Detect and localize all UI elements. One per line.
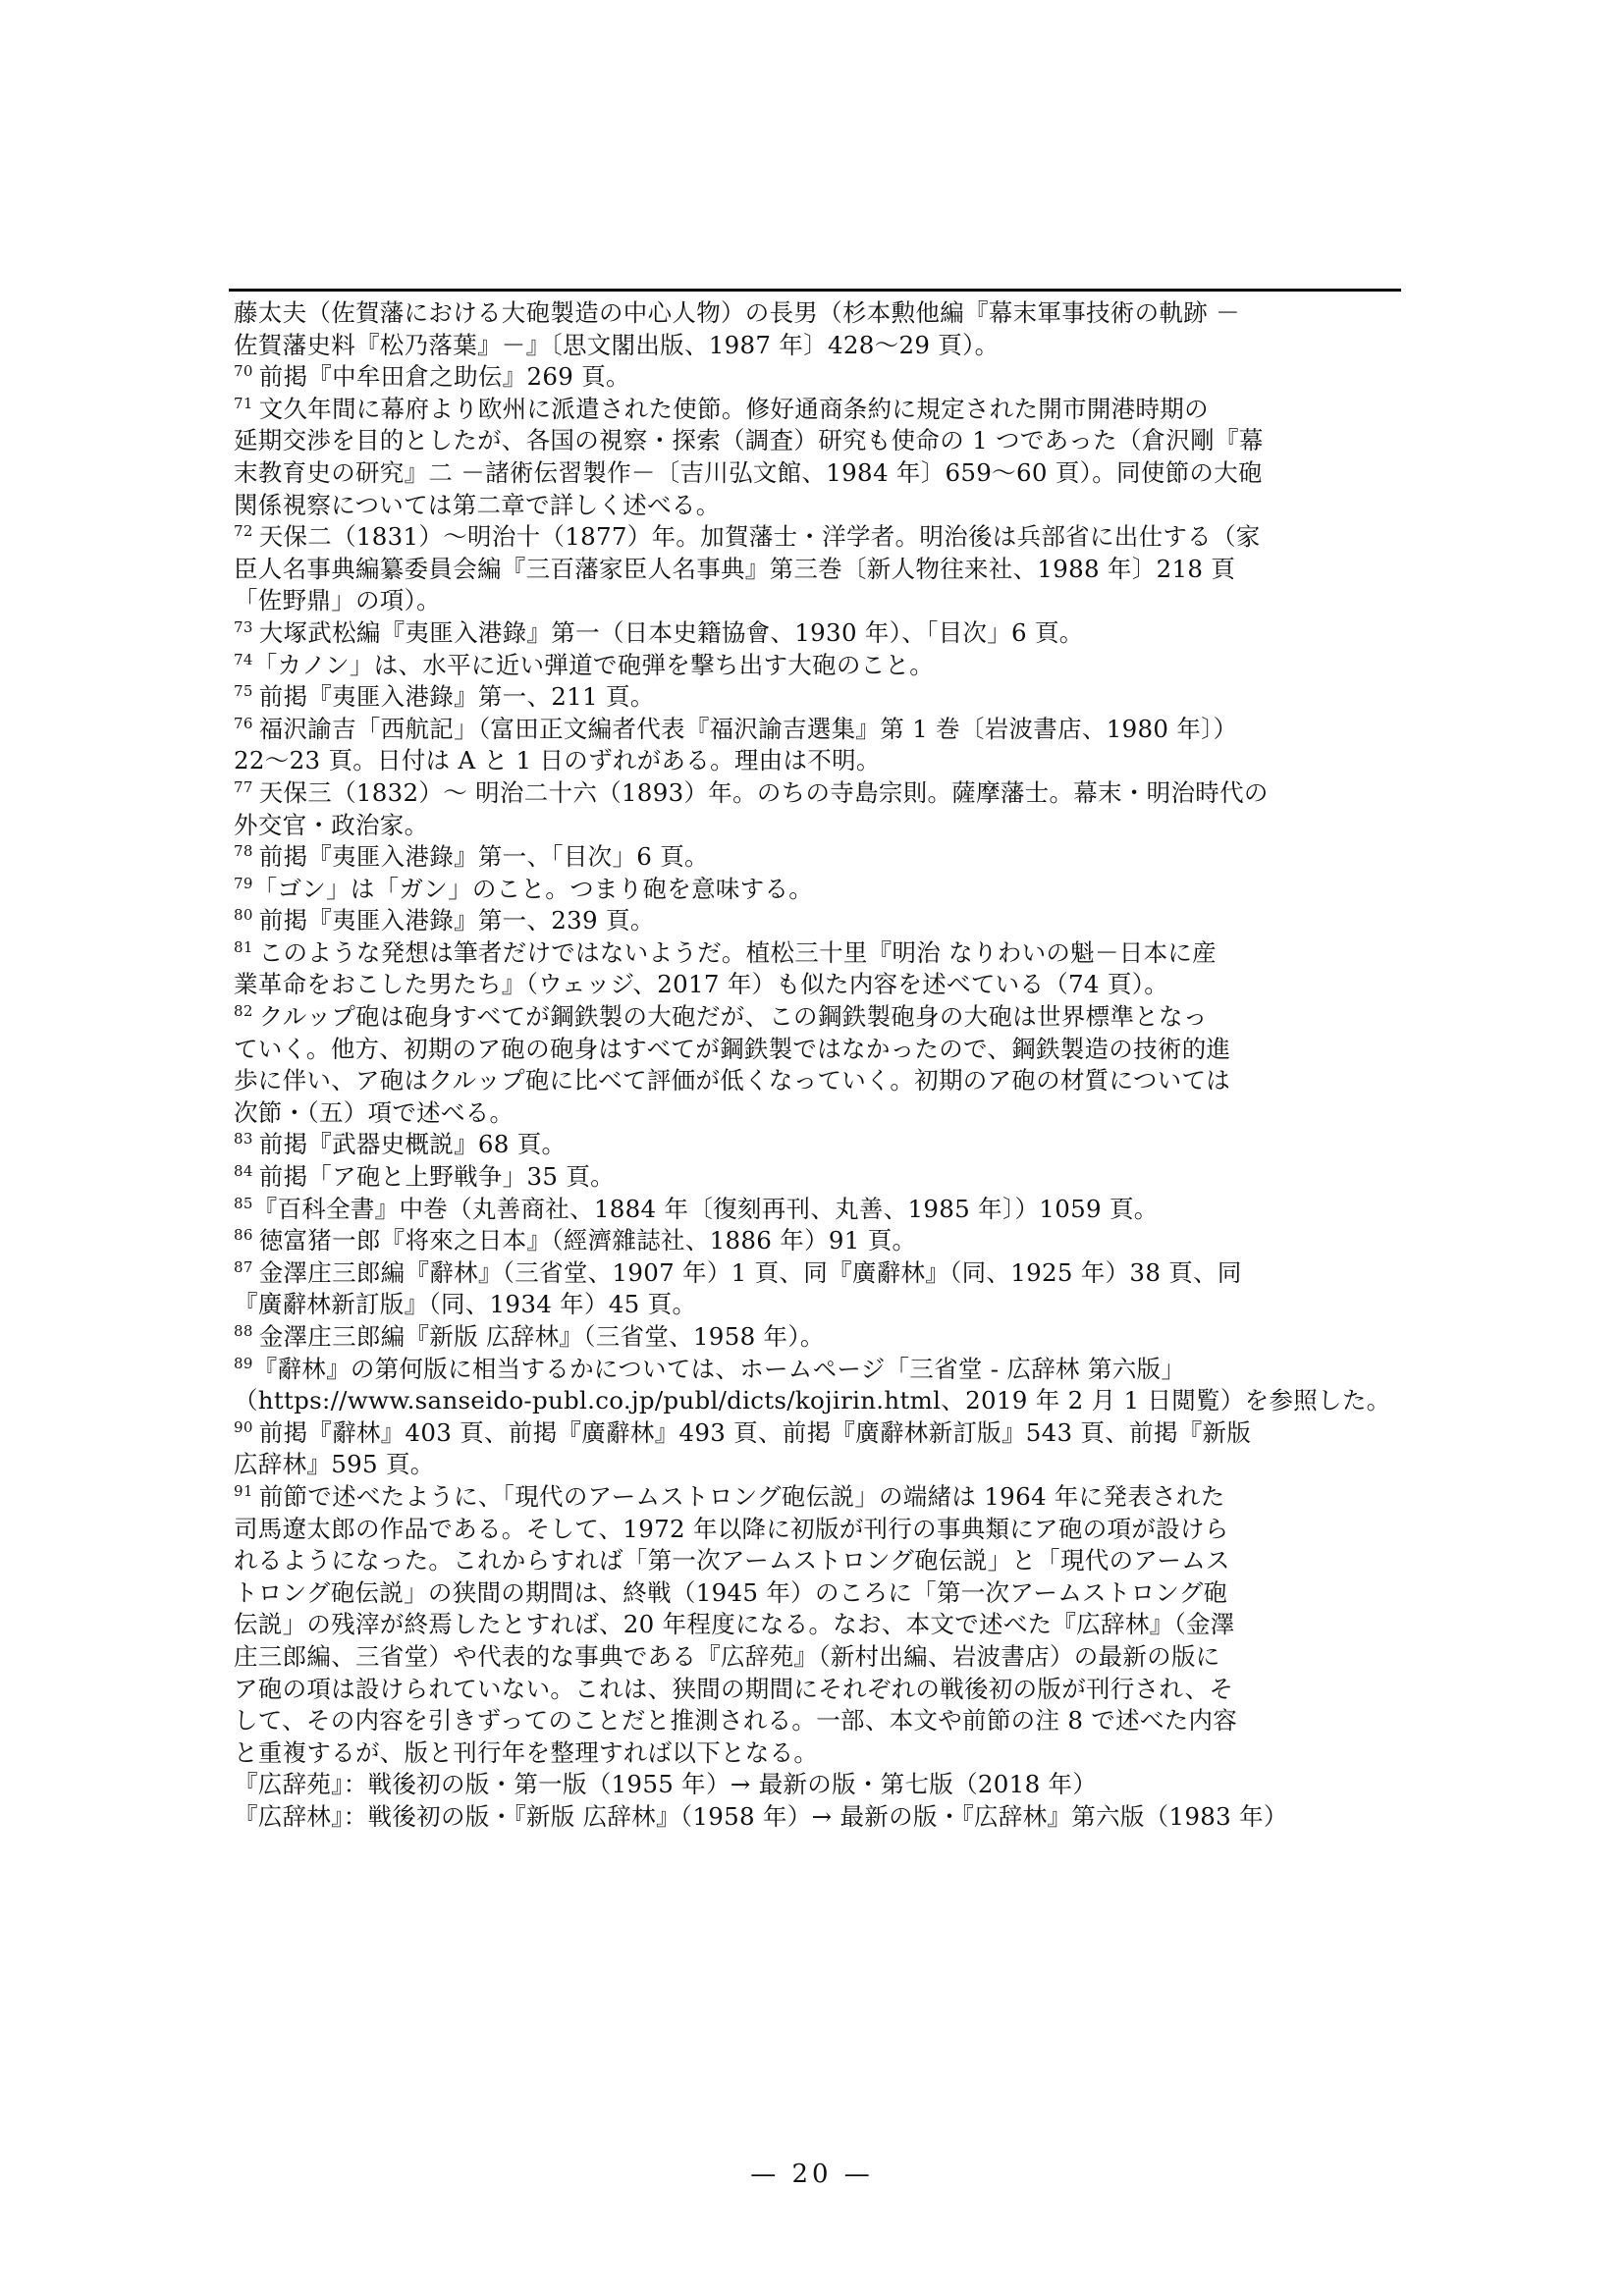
footnote-text: 佐賀藩史料『松乃落葉』－』〔思文閣出版、1987 年〕428～29 頁）。 <box>234 331 999 359</box>
footnote-text: 業革命をおこした男たち』（ウェッジ、2017 年）も似た内容を述べている（74 … <box>234 970 1168 998</box>
footnote-line-start: 90前掲『辭林』403 頁、前掲『廣辭林』493 頁、前掲『廣辭林新訂版』543… <box>234 1417 1406 1450</box>
footnote-text: （https://www.sanseido-publ.co.jp/publ/di… <box>234 1386 1390 1415</box>
footnote-number: 83 <box>234 1130 253 1148</box>
footnote-text: 末教育史の研究』二 －諸術伝習製作－〔吉川弘文館、1984 年〕659～60 頁… <box>234 458 1263 487</box>
footnote-line-continuation: 「佐野鼎」の項）。 <box>234 585 1406 617</box>
footnote-text: 徳富猪一郎『将來之日本』（經濟雜誌社、1886 年）91 頁。 <box>259 1226 917 1255</box>
footnote-text: 前掲「ア砲と上野戦争」35 頁。 <box>259 1162 615 1191</box>
footnote-text: 次節・（五）項で述べる。 <box>234 1098 514 1127</box>
footnote-line-continuation: 伝説」の残滓が終焉したとすれば、20 年程度になる。なお、本文で述べた『広辞林』… <box>234 1609 1406 1641</box>
footnote-text: 大塚武松編『夷匪入港錄』第一（日本史籍協會、1930 年）、「目次」6 頁。 <box>259 618 1084 647</box>
footnote-number: 77 <box>234 778 253 796</box>
footnote-text: 前節で述べたように、「現代のアームストロング砲伝説」の端緒は 1964 年に発表… <box>259 1482 1225 1511</box>
footnote-line-start: 73大塚武松編『夷匪入港錄』第一（日本史籍協會、1930 年）、「目次」6 頁。 <box>234 617 1406 650</box>
footnote-line-continuation: して、その内容を引きずってのことだと推測される。一部、本文や前節の注 8 で述べ… <box>234 1705 1406 1737</box>
footnote-line-continuation: 外交官・政治家。 <box>234 810 1406 842</box>
footnote-text: 前掲『武器史概説』68 頁。 <box>259 1130 567 1158</box>
footnote-line-start: 72天保二（1831）～明治十（1877）年。加賀藩士・洋学者。明治後は兵部省に… <box>234 521 1406 554</box>
footnote-number: 78 <box>234 842 253 860</box>
footnote-number: 73 <box>234 618 253 636</box>
footnote-line-continuation: と重複するが、版と刊行年を整理すれば以下となる。 <box>234 1737 1406 1770</box>
footnote-line-start: 84前掲「ア砲と上野戦争」35 頁。 <box>234 1161 1406 1194</box>
footnote-text: 前掲『夷匪入港錄』第一、「目次」6 頁。 <box>259 842 709 871</box>
footnote-text: 『百科全書』中巻（丸善商社、1884 年〔復刻再刊、丸善、1985 年〕）105… <box>253 1195 1159 1223</box>
footnote-number: 84 <box>234 1162 253 1180</box>
footnote-line-start: 71文久年間に幕府より欧州に派遣された使節。修好通商条約に規定された開市開港時期… <box>234 394 1406 426</box>
footnote-text: 前掲『辭林』403 頁、前掲『廣辭林』493 頁、前掲『廣辭林新訂版』543 頁… <box>259 1418 1251 1447</box>
footnote-text: 「カノン」は、水平に近い弾道で砲弾を撃ち出す大砲のこと。 <box>253 651 934 679</box>
footnote-line-start: 78前掲『夷匪入港錄』第一、「目次」6 頁。 <box>234 841 1406 874</box>
footnote-number: 76 <box>234 715 253 732</box>
footnote-text: ア砲の項は設けられていない。これは、狭間の期間にそれぞれの戦後初の版が刊行され、… <box>234 1675 1233 1703</box>
footnote-text: 『広辞林』：戦後初の版・『新版 広辞林』（1958 年）→ 最新の版・『広辞林』… <box>234 1802 1288 1831</box>
footnote-line-continuation: れるようになった。これからすれば「第一次アームストロング砲伝説」と「現代のアーム… <box>234 1545 1406 1577</box>
footnote-line-start: 76福沢諭吉「西航記」（富田正文編者代表『福沢諭吉選集』第 1 巻〔岩波書店、1… <box>234 714 1406 746</box>
footnotes-block: 藤太夫（佐賀藩における大砲製造の中心人物）の長男（杉本勲他編『幕末軍事技術の軌跡… <box>234 297 1406 1834</box>
footnote-line-continuation: 佐賀藩史料『松乃落葉』－』〔思文閣出版、1987 年〕428～29 頁）。 <box>234 330 1406 362</box>
footnote-line-continuation: 『広辞林』：戦後初の版・『新版 広辞林』（1958 年）→ 最新の版・『広辞林』… <box>234 1801 1406 1834</box>
footnote-text: 外交官・政治家。 <box>234 811 428 839</box>
footnote-text: 前掲『中牟田倉之助伝』269 頁。 <box>259 362 630 391</box>
footnote-text: 司馬遼太郎の作品である。そして、1972 年以降に初版が刊行の事典類にア砲の項が… <box>234 1515 1229 1543</box>
footnote-number: 81 <box>234 938 253 956</box>
footnote-text: トロング砲伝説」の狭間の期間は、終戦（1945 年）のころに「第一次アームストロ… <box>234 1578 1227 1607</box>
footnote-line-start: 81このような発想は筆者だけではないようだ。植松三十里『明治 なりわいの魁－日本… <box>234 937 1406 970</box>
footnote-text: 歩に伴い、ア砲はクルップ砲に比べて評価が低くなっていく。初期のア砲の材質について… <box>234 1066 1230 1095</box>
footnote-text: 臣人名事典編纂委員会編『三百藩家臣人名事典』第三巻〔新人物往来社、1988 年〕… <box>234 555 1235 583</box>
footnote-text: 文久年間に幕府より欧州に派遣された使節。修好通商条約に規定された開市開港時期の <box>259 395 1209 423</box>
footnote-text: 前掲『夷匪入港錄』第一、239 頁。 <box>259 906 655 934</box>
footnote-text: 金澤庄三郎編『新版 広辞林』（三省堂、1958 年）。 <box>259 1322 825 1351</box>
footnote-line-continuation: 臣人名事典編纂委員会編『三百藩家臣人名事典』第三巻〔新人物往来社、1988 年〕… <box>234 554 1406 586</box>
footnote-line-continuation: ていく。他方、初期のア砲の砲身はすべてが鋼鉄製ではなかったので、鋼鉄製造の技術的… <box>234 1034 1406 1066</box>
footnote-line-continuation: 広辞林』595 頁。 <box>234 1449 1406 1481</box>
footnote-text: 「ゴン」は「ガン」のこと。つまり砲を意味する。 <box>253 875 813 903</box>
footnote-line-continuation: （https://www.sanseido-publ.co.jp/publ/di… <box>234 1385 1406 1417</box>
footnote-text: 天保三（1832）～ 明治二十六（1893）年。のちの寺島宗則。薩摩藩士。幕末・… <box>259 778 1269 807</box>
footnote-number: 74 <box>234 651 253 668</box>
footnote-text: 「佐野鼎」の項）。 <box>234 586 441 614</box>
footnote-line-continuation: 『廣辭林新訂版』（同、1934 年）45 頁。 <box>234 1289 1406 1321</box>
footnote-separator-rule <box>229 289 1401 292</box>
footnote-number: 71 <box>234 395 253 412</box>
footnote-line-continuation: 末教育史の研究』二 －諸術伝習製作－〔吉川弘文館、1984 年〕659～60 頁… <box>234 457 1406 490</box>
footnote-text: 庄三郎編、三省堂）や代表的な事典である『広辞苑』（新村出編、岩波書店）の最新の版… <box>234 1642 1220 1671</box>
footnote-number: 89 <box>234 1355 253 1372</box>
footnote-line-start: 80前掲『夷匪入港錄』第一、239 頁。 <box>234 905 1406 937</box>
footnote-line-continuation: 次節・（五）項で述べる。 <box>234 1097 1406 1130</box>
document-page: 藤太夫（佐賀藩における大砲製造の中心人物）の長男（杉本勲他編『幕末軍事技術の軌跡… <box>0 0 1624 2296</box>
footnote-line-continuation: 22～23 頁。日付は A と 1 日のずれがある。理由は不明。 <box>234 745 1406 777</box>
footnote-text: 伝説」の残滓が終焉したとすれば、20 年程度になる。なお、本文で述べた『広辞林』… <box>234 1610 1235 1638</box>
footnote-number: 72 <box>234 522 253 540</box>
footnote-line-start: 77天保三（1832）～ 明治二十六（1893）年。のちの寺島宗則。薩摩藩士。幕… <box>234 777 1406 810</box>
footnote-number: 86 <box>234 1226 253 1244</box>
footnote-number: 82 <box>234 1002 253 1020</box>
footnote-line-continuation: 司馬遼太郎の作品である。そして、1972 年以降に初版が刊行の事典類にア砲の項が… <box>234 1514 1406 1546</box>
footnote-line-start: 86徳富猪一郎『将來之日本』（經濟雜誌社、1886 年）91 頁。 <box>234 1225 1406 1257</box>
footnote-line-continuation: 歩に伴い、ア砲はクルップ砲に比べて評価が低くなっていく。初期のア砲の材質について… <box>234 1065 1406 1097</box>
footnote-line-start: 70前掲『中牟田倉之助伝』269 頁。 <box>234 361 1406 394</box>
footnote-text: して、その内容を引きずってのことだと推測される。一部、本文や前節の注 8 で述べ… <box>234 1706 1237 1735</box>
footnote-number: 88 <box>234 1322 253 1340</box>
footnote-line-continuation: 延期交渉を目的としたが、各国の視察・探索（調査）研究も使命の 1 つであった（倉… <box>234 425 1406 457</box>
footnote-line-start: 83前掲『武器史概説』68 頁。 <box>234 1129 1406 1161</box>
footnote-line-continuation: 『広辞苑』：戦後初の版・第一版（1955 年）→ 最新の版・第七版（2018 年… <box>234 1769 1406 1801</box>
footnote-line-start: 82クルップ砲は砲身すべてが鋼鉄製の大砲だが、この鋼鉄製砲身の大砲は世界標準とな… <box>234 1001 1406 1034</box>
footnote-text: このような発想は筆者だけではないようだ。植松三十里『明治 なりわいの魁－日本に産 <box>259 938 1217 967</box>
footnote-text: 『辭林』の第何版に相当するかについては、ホームページ「三省堂 - 広辞林 第六版… <box>253 1355 1185 1383</box>
footnote-text: 前掲『夷匪入港錄』第一、211 頁。 <box>259 682 655 711</box>
footnote-text: 『広辞苑』：戦後初の版・第一版（1955 年）→ 最新の版・第七版（2018 年… <box>234 1770 1097 1798</box>
footnote-text: 22～23 頁。日付は A と 1 日のずれがある。理由は不明。 <box>234 746 881 774</box>
footnote-number: 75 <box>234 682 253 700</box>
footnote-line-continuation: ア砲の項は設けられていない。これは、狭間の期間にそれぞれの戦後初の版が刊行され、… <box>234 1674 1406 1706</box>
footnote-line-start: 85『百科全書』中巻（丸善商社、1884 年〔復刻再刊、丸善、1985 年〕）1… <box>234 1194 1406 1226</box>
footnote-number: 90 <box>234 1418 253 1436</box>
footnote-line-start: 79「ゴン」は「ガン」のこと。つまり砲を意味する。 <box>234 874 1406 906</box>
footnote-text: クルップ砲は砲身すべてが鋼鉄製の大砲だが、この鋼鉄製砲身の大砲は世界標準となっ <box>259 1002 1208 1031</box>
page-number: — 20 — <box>0 2160 1624 2189</box>
footnote-line-start: 89『辭林』の第何版に相当するかについては、ホームページ「三省堂 - 広辞林 第… <box>234 1354 1406 1386</box>
footnote-number: 85 <box>234 1195 253 1212</box>
footnote-line-start: 88金澤庄三郎編『新版 広辞林』（三省堂、1958 年）。 <box>234 1321 1406 1354</box>
footnote-text: と重複するが、版と刊行年を整理すれば以下となる。 <box>234 1738 818 1767</box>
footnote-text: 関係視察については第二章で詳しく述べる。 <box>234 491 721 519</box>
footnote-line-continuation: 業革命をおこした男たち』（ウェッジ、2017 年）も似た内容を述べている（74 … <box>234 969 1406 1001</box>
footnote-text: 藤太夫（佐賀藩における大砲製造の中心人物）の長男（杉本勲他編『幕末軍事技術の軌跡… <box>234 298 1240 327</box>
footnote-line-start: 75前掲『夷匪入港錄』第一、211 頁。 <box>234 681 1406 714</box>
footnote-line-start: 74「カノン」は、水平に近い弾道で砲弾を撃ち出す大砲のこと。 <box>234 650 1406 682</box>
footnote-text: 『廣辭林新訂版』（同、1934 年）45 頁。 <box>234 1290 696 1318</box>
footnote-text: 福沢諭吉「西航記」（富田正文編者代表『福沢諭吉選集』第 1 巻〔岩波書店、198… <box>259 715 1238 743</box>
footnote-number: 70 <box>234 362 253 380</box>
footnote-line-continuation: 関係視察については第二章で詳しく述べる。 <box>234 490 1406 522</box>
footnote-line-start: 91前節で述べたように、「現代のアームストロング砲伝説」の端緒は 1964 年に… <box>234 1481 1406 1514</box>
footnote-line-continuation: 庄三郎編、三省堂）や代表的な事典である『広辞苑』（新村出編、岩波書店）の最新の版… <box>234 1641 1406 1674</box>
footnote-text: 広辞林』595 頁。 <box>234 1450 435 1478</box>
footnote-line-start: 87金澤庄三郎編『辭林』（三省堂、1907 年）1 頁、同『廣辭林』（同、192… <box>234 1257 1406 1290</box>
footnote-text: 天保二（1831）～明治十（1877）年。加賀藩士・洋学者。明治後は兵部省に出仕… <box>259 522 1261 551</box>
footnote-text: れるようになった。これからすれば「第一次アームストロング砲伝説」と「現代のアーム… <box>234 1546 1230 1575</box>
footnote-number: 80 <box>234 906 253 924</box>
footnote-text: 金澤庄三郎編『辭林』（三省堂、1907 年）1 頁、同『廣辭林』（同、1925 … <box>259 1258 1242 1287</box>
footnote-number: 91 <box>234 1482 253 1500</box>
footnote-text: ていく。他方、初期のア砲の砲身はすべてが鋼鉄製ではなかったので、鋼鉄製造の技術的… <box>234 1035 1230 1063</box>
footnote-number: 87 <box>234 1258 253 1276</box>
footnote-line-continuation: 藤太夫（佐賀藩における大砲製造の中心人物）の長男（杉本勲他編『幕末軍事技術の軌跡… <box>234 297 1406 330</box>
footnote-number: 79 <box>234 875 253 892</box>
footnote-line-continuation: トロング砲伝説」の狭間の期間は、終戦（1945 年）のころに「第一次アームストロ… <box>234 1577 1406 1610</box>
footnote-text: 延期交渉を目的としたが、各国の視察・探索（調査）研究も使命の 1 つであった（倉… <box>234 426 1264 454</box>
